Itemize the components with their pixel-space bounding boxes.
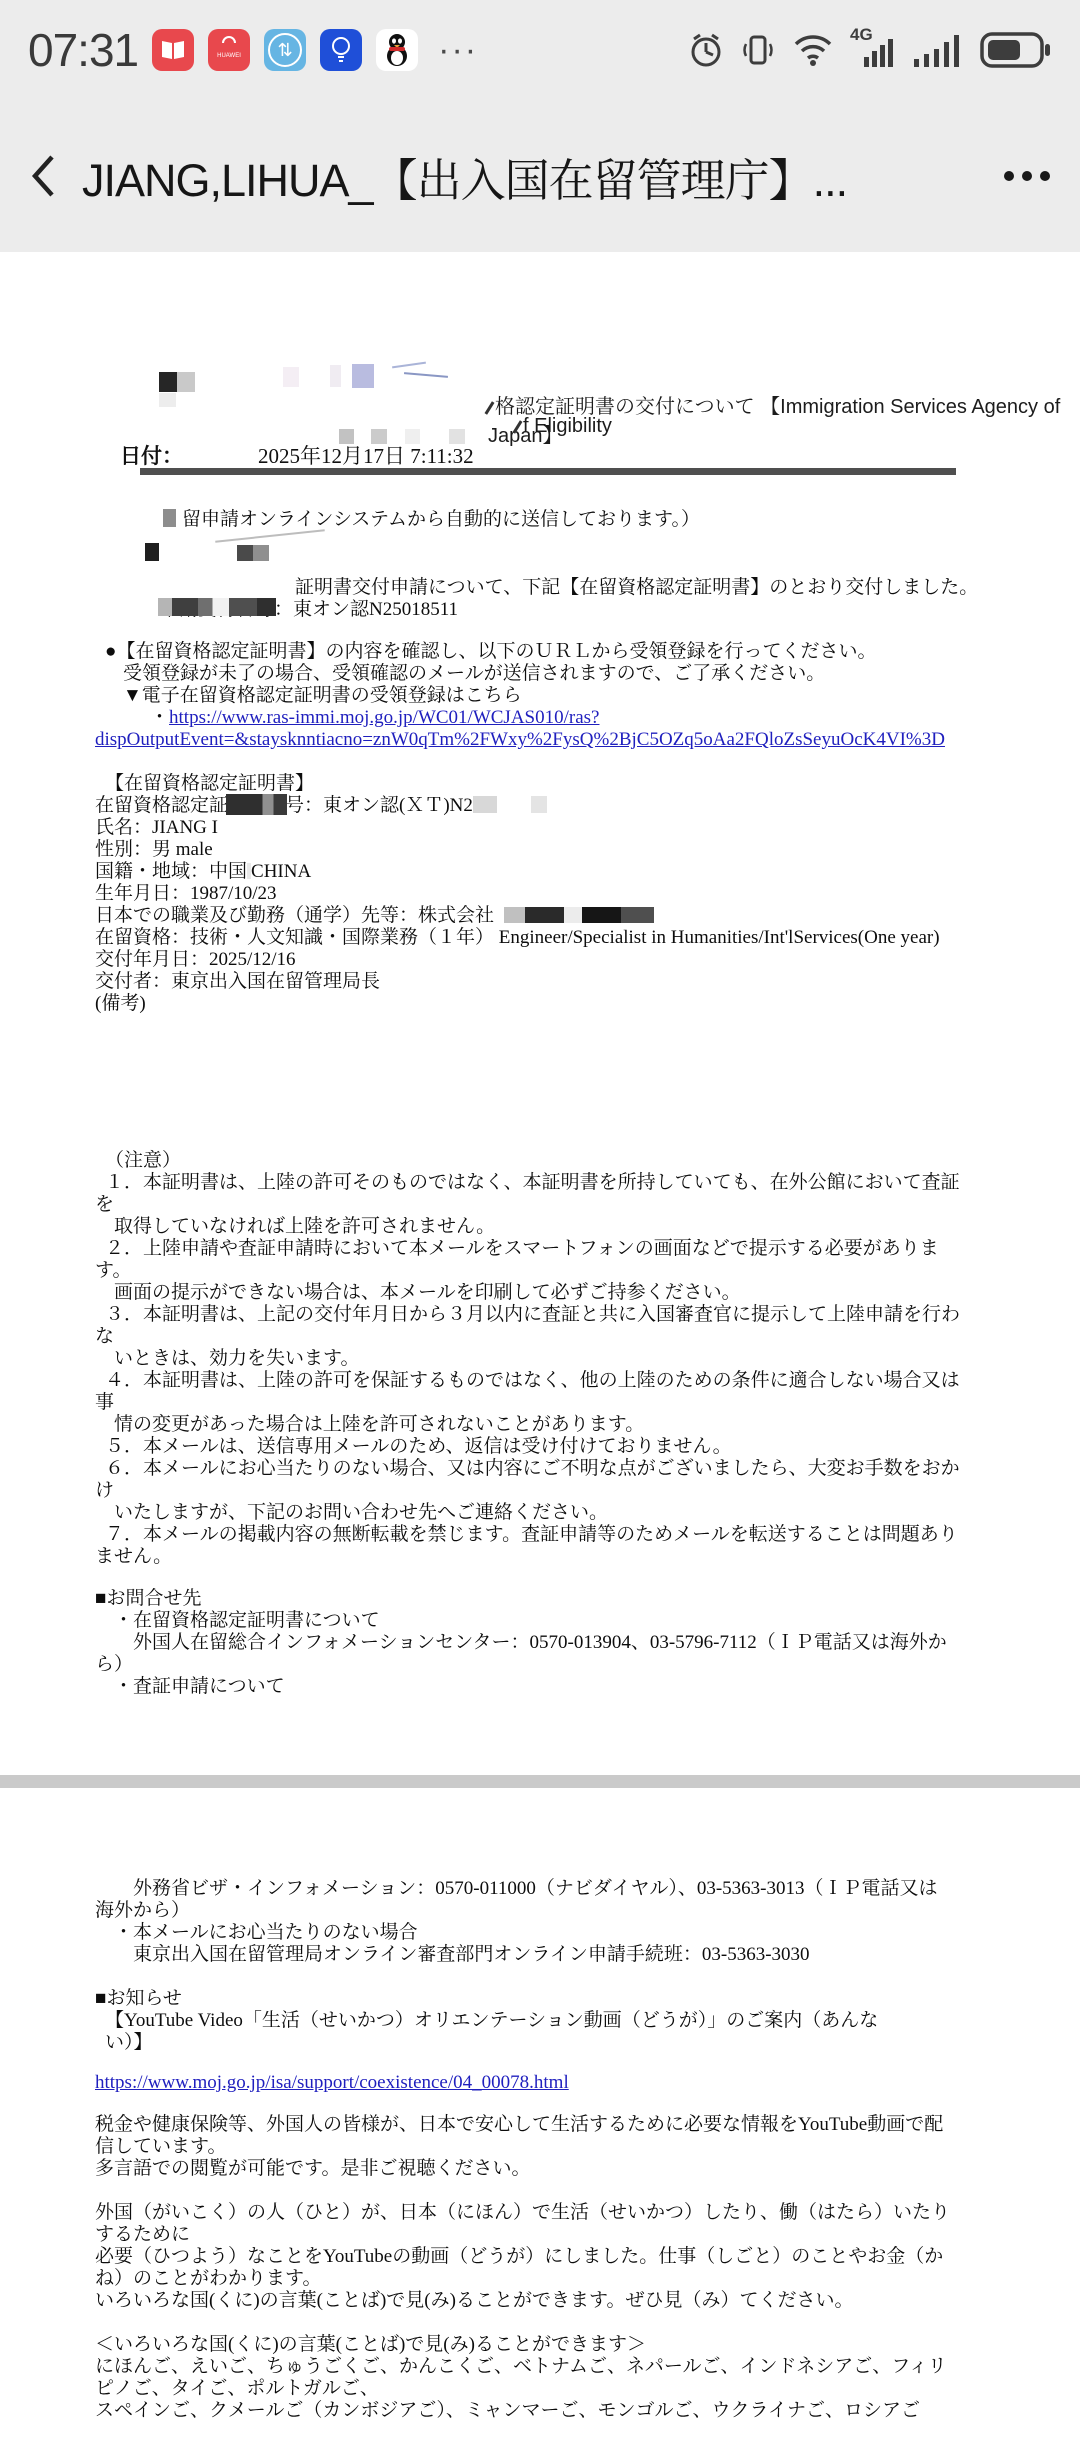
text-segment: CHINA — [251, 861, 311, 882]
pen-scribble — [392, 362, 426, 369]
text-segment: ３．本証明書は、上記の交付年月日から３月以内に査証と共に入国審査官に提示して上陸… — [105, 1304, 960, 1325]
text-segment: ▼電子在留資格認定証明書の受領登録はこちら — [123, 685, 522, 706]
signal-4g-icon: 4G — [850, 31, 896, 69]
text-segment: 多言語での閲覧が可能です。是非ご視聴ください。 — [95, 2158, 530, 2179]
signal-bars-icon — [912, 31, 964, 69]
text-segment: (備考) — [95, 993, 146, 1014]
alarm-icon — [688, 31, 724, 69]
spacer — [95, 2054, 1050, 2072]
text-segment: 生年月日：1987/10/23 — [95, 883, 277, 904]
text-segment: 必要（ひつよう）なことをYouTubeの動画（どうが）にしました。仕事（しごと）… — [95, 2246, 943, 2267]
text-segment: （注意） — [105, 1150, 181, 1171]
url-link[interactable]: dispOutputEvent=&staysknntiacno=znW0qTm%… — [95, 729, 945, 750]
document-line: な — [95, 1326, 1050, 1348]
spacer — [95, 2180, 1050, 2202]
vibrate-icon — [740, 31, 776, 69]
document-line: ね）のことがわかります。 — [95, 2268, 1050, 2290]
battery-icon — [980, 30, 1052, 70]
document-line: 氏名：JIANG I — [95, 817, 1050, 839]
text-segment: 申請受付番号 — [160, 599, 274, 620]
document-line: ５．本メールは、送信専用メールのため、返信は受け付けておりません。 — [95, 1436, 1050, 1458]
text-segment: ■お問合せ先 — [95, 1588, 201, 1609]
text-segment: け — [95, 1480, 114, 1501]
document-line: 税金や健康保険等、外国人の皆様が、日本で安心して生活するために必要な情報をYou… — [95, 2114, 1050, 2136]
document-line: ７．本メールの掲載内容の無断転載を禁じます。査証申請等のためメールを転送すること… — [95, 1524, 1050, 1546]
text-segment: 取得していなければ上陸を許可されません。 — [95, 1216, 495, 1237]
document-line: 海外から） — [95, 1900, 1050, 1922]
text-segment: 税金や健康保険等、外国人の皆様が、日本で安心して生活するために必要な情報をYou… — [95, 2114, 943, 2135]
title-bar: JIANG,LIHUA_【出入国在留管理庁】... — [0, 100, 1080, 252]
spacer — [95, 621, 1050, 641]
document-line: にほんご、えいご、ちゅうごくご、かんこくご、ベトナムご、ネパールご、インドネシア… — [95, 2356, 1050, 2378]
document-line: ４．本証明書は、上陸の許可を保証するものではなく、他の上陸のための条件に適合しな… — [95, 1370, 1050, 1392]
text-segment: いときは、効力を失います。 — [95, 1348, 359, 1369]
redaction-block — [253, 545, 269, 561]
text-segment: ●【在留資格認定証明書】の内容を確認し、以下のＵＲＬから受領登録を行ってください… — [105, 641, 876, 662]
text-segment: 交付者：東京出入国在留管理局長 — [95, 971, 380, 992]
text-segment: 留申請オンラインシステムから自動的に送信しております。） — [182, 509, 700, 530]
document-line: 外国人在留総合インフォメーションセンター：0570-013904、03-5796… — [95, 1632, 1050, 1654]
document-line: ・本メールにお心当たりのない場合 — [95, 1922, 1050, 1944]
text-segment: 明書番 — [228, 795, 285, 816]
shopping-bag-glyph: HUAWEI — [214, 33, 244, 67]
spacer — [95, 1788, 1050, 1878]
document-line: いたしますが、下記のお問い合わせ先へご連絡ください。 — [95, 1502, 1050, 1524]
document-page-1: 格認定証明書の交付について 【Immigration Services Agen… — [0, 252, 1080, 1775]
email-header: 格認定証明書の交付について 【Immigration Services Agen… — [0, 252, 1080, 482]
document-page-2: 外務省ビザ・インフォメーション：0570-011000（ナビダイヤル）、03-5… — [0, 1788, 1080, 2440]
document-line: 取得していなければ上陸を許可されません。 — [95, 1216, 1050, 1238]
text-segment: 外国（がいこく）の人（ひと）が、日本（にほん）で生活（せいかつ）したり、働（はた… — [95, 2202, 950, 2223]
text-segment: 受領登録が未了の場合、受領確認のメールが送信されますので、ご了承ください。 — [123, 663, 825, 684]
spacer — [95, 482, 1050, 509]
text-segment: 証明書交付申請について、下記【在留資格認定証明書】のとおり交付しました。 — [295, 577, 978, 598]
document-line: 証明書交付申請について、下記【在留資格認定証明書】のとおり交付しました。 — [95, 577, 1050, 599]
date-label: 日付： — [120, 440, 183, 470]
text-segment: ６．本メールにお心当たりのない場合、又は内容にご不明な点がございましたら、大変お… — [105, 1458, 960, 1479]
text-segment: す。 — [95, 1260, 131, 1281]
document-line: ら） — [95, 1654, 1050, 1676]
text-segment: スペインご、クメールご（カンボジアご）、ミャンマーご、モンゴルご、ウクライナご、… — [95, 2400, 920, 2421]
document-line: 外務省ビザ・インフォメーション：0570-011000（ナビダイヤル）、03-5… — [95, 1878, 1050, 1900]
text-segment: いたしますが、下記のお問い合わせ先へご連絡ください。 — [95, 1502, 608, 1523]
document-line: 情の変更があった場合は上陸を許可されないことがあります。 — [95, 1414, 1050, 1436]
text-segment: 日本での職業及び勤務（通学）先等：株式会社 — [95, 905, 494, 926]
document-line: いときは、効力を失います。 — [95, 1348, 1050, 1370]
email-body-page-1: 留申請オンラインシステムから自動的に送信しております。）証明書交付申請について、… — [0, 482, 1080, 1698]
document-line: (備考) — [95, 993, 1050, 1015]
text-segment: 海外から） — [95, 1900, 190, 1921]
text-segment: 在留資格認定証 — [95, 795, 228, 816]
text-segment: 号：東オン認(ＸＴ)N2 — [285, 795, 473, 816]
text-segment: 【在留資格認定証明書】 — [105, 773, 314, 794]
document-line: 信しています。 — [95, 2136, 1050, 2158]
redaction-block — [283, 367, 299, 387]
text-segment: ・在留資格認定証明書について — [95, 1610, 380, 1631]
text-segment: ・ — [150, 707, 169, 728]
text-segment: ピノご、タイご、ポルトガルご、 — [95, 2378, 379, 2399]
clock-time: 07:31 — [28, 23, 138, 77]
document-line: ピノご、タイご、ポルトガルご、 — [95, 2378, 1050, 2400]
document-line: 【YouTube Video「生活（せいかつ）オリエンテーション動画（どうが）」… — [95, 2010, 1050, 2032]
document-line — [95, 543, 1050, 565]
text-segment: を — [95, 1194, 114, 1215]
text-segment: １．本証明書は、上陸の許可そのものではなく、本証明書を所持していても、在外公館に… — [105, 1172, 960, 1193]
spacer — [95, 565, 1050, 577]
more-menu-icon[interactable] — [1004, 171, 1050, 181]
email-body-page-2: 外務省ビザ・インフォメーション：0570-011000（ナビダイヤル）、03-5… — [0, 1788, 1080, 2422]
spacer — [95, 751, 1050, 773]
url-link[interactable]: https://www.moj.go.jp/isa/support/coexis… — [95, 2072, 569, 2093]
text-segment: 画面の提示ができない場合は、本メールを印刷して必ずご持参ください。 — [95, 1282, 741, 1303]
spacer — [95, 2094, 1050, 2114]
redaction-block — [237, 545, 253, 561]
wifi-icon — [792, 32, 834, 68]
redaction-remnant — [485, 401, 495, 414]
text-segment: ：東オン認N25018511 — [274, 599, 458, 620]
redaction-block — [352, 364, 374, 388]
header-divider — [140, 468, 956, 475]
text-segment: ■お知らせ — [95, 1988, 182, 2009]
text-segment: い）】 — [105, 2032, 153, 2053]
subject-line-2: f Eligibility — [516, 415, 612, 438]
page-separator — [0, 1775, 1080, 1788]
document-line: 日本での職業及び勤務（通学）先等：株式会社 — [95, 905, 1050, 927]
document-line: （注意） — [95, 1150, 1050, 1172]
spacer — [95, 531, 1050, 543]
redaction-block — [473, 796, 497, 813]
document-line: 国籍・地域：中国CHINA — [95, 861, 1050, 883]
document-line: 在留資格：技術・人文知識・国際業務（１年） Engineer/Specialis… — [95, 927, 1050, 949]
document-line: 申請受付番号：東オン認N25018511 — [95, 599, 1050, 621]
document-line: ３．本証明書は、上記の交付年月日から３月以内に査証と共に入国審査官に提示して上陸… — [95, 1304, 1050, 1326]
document-line: ６．本メールにお心当たりのない場合、又は内容にご不明な点がございましたら、大変お… — [95, 1458, 1050, 1480]
text-segment: ２．上陸申請や査証申請時において本メールをスマートフォンの画面などで提示する必要… — [105, 1238, 939, 1259]
document-line: 事 — [95, 1392, 1050, 1414]
document-line: ▼電子在留資格認定証明書の受領登録はこちら — [95, 685, 1050, 707]
document-line: スペインご、クメールご（カンボジアご）、ミャンマーご、モンゴルご、ウクライナご、… — [95, 2400, 1050, 2422]
document-line: 在留資格認定証明書番号：東オン認(ＸＴ)N2 — [95, 795, 1050, 817]
document-line: 留申請オンラインシステムから自動的に送信しております。） — [95, 509, 1050, 531]
penguin-glyph — [382, 32, 412, 68]
network-type-label: 4G — [850, 25, 873, 45]
text-segment: ５．本メールは、送信専用メールのため、返信は受け付けておりません。 — [105, 1436, 732, 1457]
document-line: す。 — [95, 1260, 1050, 1282]
text-segment: いろいろな国(くに)の言葉(ことば)で見(み)ることができます。ぜひ見（み）てく… — [95, 2290, 853, 2311]
spacer — [95, 1966, 1050, 1988]
text-segment: ４．本証明書は、上陸の許可を保証するものではなく、他の上陸のための条件に適合しな… — [105, 1370, 960, 1391]
document-line: 東京出入国在留管理局オンライン審査部門オンライン申請手続班：03-5363-30… — [95, 1944, 1050, 1966]
spacer — [95, 1015, 1050, 1150]
document-line: いろいろな国(くに)の言葉(ことば)で見(み)ることができます。ぜひ見（み）てく… — [95, 2290, 1050, 2312]
document-line: ません。 — [95, 1546, 1050, 1568]
text-segment: ません。 — [95, 1546, 172, 1567]
text-segment: 信しています。 — [95, 2136, 226, 2157]
document-line: を — [95, 1194, 1050, 1216]
text-segment: な — [95, 1326, 114, 1347]
text-segment: 情の変更があった場合は上陸を許可されないことがあります。 — [95, 1414, 644, 1435]
redaction-block — [330, 365, 341, 387]
svg-text:HUAWEI: HUAWEI — [217, 53, 241, 59]
text-segment: ＜いろいろな国(くに)の言葉(ことば)で見(み)ることができます＞ — [95, 2334, 646, 2355]
document-line: 画面の提示ができない場合は、本メールを印刷して必ずご持参ください。 — [95, 1282, 1050, 1304]
book-glyph — [160, 39, 186, 61]
reader-app-icon — [152, 29, 194, 71]
document-line: ・査証申請について — [95, 1676, 1050, 1698]
pen-scribble — [404, 372, 448, 378]
text-segment: 外務省ビザ・インフォメーション：0570-011000（ナビダイヤル）、03-5… — [95, 1878, 938, 1899]
transfer-glyph: ⇅ — [268, 33, 302, 67]
document-line: ・在留資格認定証明書について — [95, 1610, 1050, 1632]
lightbulb-app-icon — [320, 29, 362, 71]
document-line: https://www.moj.go.jp/isa/support/coexis… — [95, 2072, 1050, 2094]
spacer — [497, 810, 531, 811]
spacer — [95, 2312, 1050, 2334]
text-segment: ら） — [95, 1654, 133, 1675]
document-line: ２．上陸申請や査証申請時において本メールをスマートフォンの画面などで提示する必要… — [95, 1238, 1050, 1260]
document-line: 受領登録が未了の場合、受領確認のメールが送信されますので、ご了承ください。 — [95, 663, 1050, 685]
redaction-block — [159, 393, 176, 407]
document-line: 多言語での閲覧が可能です。是非ご視聴ください。 — [95, 2158, 1050, 2180]
text-segment: ね）のことがわかります。 — [95, 2268, 321, 2289]
text-segment: 氏名：JIANG I — [95, 817, 218, 838]
spacer — [494, 920, 504, 921]
document-line: するために — [95, 2224, 1050, 2246]
redaction-block — [163, 509, 176, 527]
redaction-block — [531, 796, 547, 813]
text-segment: するために — [95, 2224, 190, 2245]
transfer-app-icon: ⇅ — [264, 29, 306, 71]
document-line: 性別：男 male — [95, 839, 1050, 861]
back-icon[interactable] — [30, 153, 56, 199]
redaction-block — [159, 372, 177, 392]
page-title: JIANG,LIHUA_【出入国在留管理庁】... — [82, 144, 994, 209]
document-line: け — [95, 1480, 1050, 1502]
status-bar: 07:31 HUAWEI ⇅ — [0, 0, 1080, 100]
text-segment: ・本メールにお心当たりのない場合 — [95, 1922, 418, 1943]
spacer — [159, 558, 237, 559]
text-segment: 在留資格：技術・人文知識・国際業務（１年） Engineer/Specialis… — [95, 927, 940, 948]
text-segment: ７．本メールの掲載内容の無断転載を禁じます。査証申請等のためメールを転送すること… — [105, 1524, 958, 1545]
document-line: 【在留資格認定証明書】 — [95, 773, 1050, 795]
document-line: ■お知らせ — [95, 1988, 1050, 2010]
more-notifications-icon: ··· — [438, 31, 478, 70]
document-line: 交付者：東京出入国在留管理局長 — [95, 971, 1050, 993]
text-segment: 【YouTube Video「生活（せいかつ）オリエンテーション動画（どうが）」… — [105, 2010, 878, 2031]
spacer — [95, 1568, 1050, 1588]
text-segment: 外国人在留総合インフォメーションセンター：0570-013904、03-5796… — [95, 1632, 947, 1653]
document-line: 交付年月日：2025/12/16 — [95, 949, 1050, 971]
document-line: ・https://www.ras-immi.moj.go.jp/WC01/WCJ… — [95, 707, 1050, 729]
document-line: ■お問合せ先 — [95, 1588, 1050, 1610]
text-segment: ・査証申請について — [95, 1676, 285, 1697]
text-segment: 国籍・地域：中国 — [95, 861, 247, 882]
redaction-block — [504, 907, 654, 923]
lightbulb-glyph — [329, 35, 353, 65]
text-segment: 事 — [95, 1392, 114, 1413]
document-line: い）】 — [95, 2032, 1050, 2054]
url-link[interactable]: https://www.ras-immi.moj.go.jp/WC01/WCJA… — [169, 707, 599, 728]
text-segment: 性別：男 male — [95, 839, 213, 860]
document-line: 外国（がいこく）の人（ひと）が、日本（にほん）で生活（せいかつ）したり、働（はた… — [95, 2202, 1050, 2224]
document-line: dispOutputEvent=&staysknntiacno=znW0qTm%… — [95, 729, 1050, 751]
document-line: 必要（ひつよう）なことをYouTubeの動画（どうが）にしました。仕事（しごと）… — [95, 2246, 1050, 2268]
document-line: ＜いろいろな国(くに)の言葉(ことば)で見(み)ることができます＞ — [95, 2334, 1050, 2356]
document-line: 生年月日：1987/10/23 — [95, 883, 1050, 905]
date-value: 2025年12月17日 7:11:32 — [258, 440, 474, 470]
document-line: １．本証明書は、上陸の許可そのものではなく、本証明書を所持していても、在外公館に… — [95, 1172, 1050, 1194]
spacer — [95, 558, 145, 559]
text-segment: 交付年月日：2025/12/16 — [95, 949, 296, 970]
qq-app-icon — [376, 29, 418, 71]
huawei-store-app-icon: HUAWEI — [208, 29, 250, 71]
document-line: ●【在留資格認定証明書】の内容を確認し、以下のＵＲＬから受領登録を行ってください… — [95, 641, 1050, 663]
text-segment: にほんご、えいご、ちゅうごくご、かんこくご、ベトナムご、ネパールご、インドネシア… — [95, 2356, 947, 2377]
text-segment: 東京出入国在留管理局オンライン審査部門オンライン申請手続班：03-5363-30… — [95, 1944, 810, 1965]
redaction-block — [177, 372, 195, 392]
redaction-block — [145, 543, 159, 561]
